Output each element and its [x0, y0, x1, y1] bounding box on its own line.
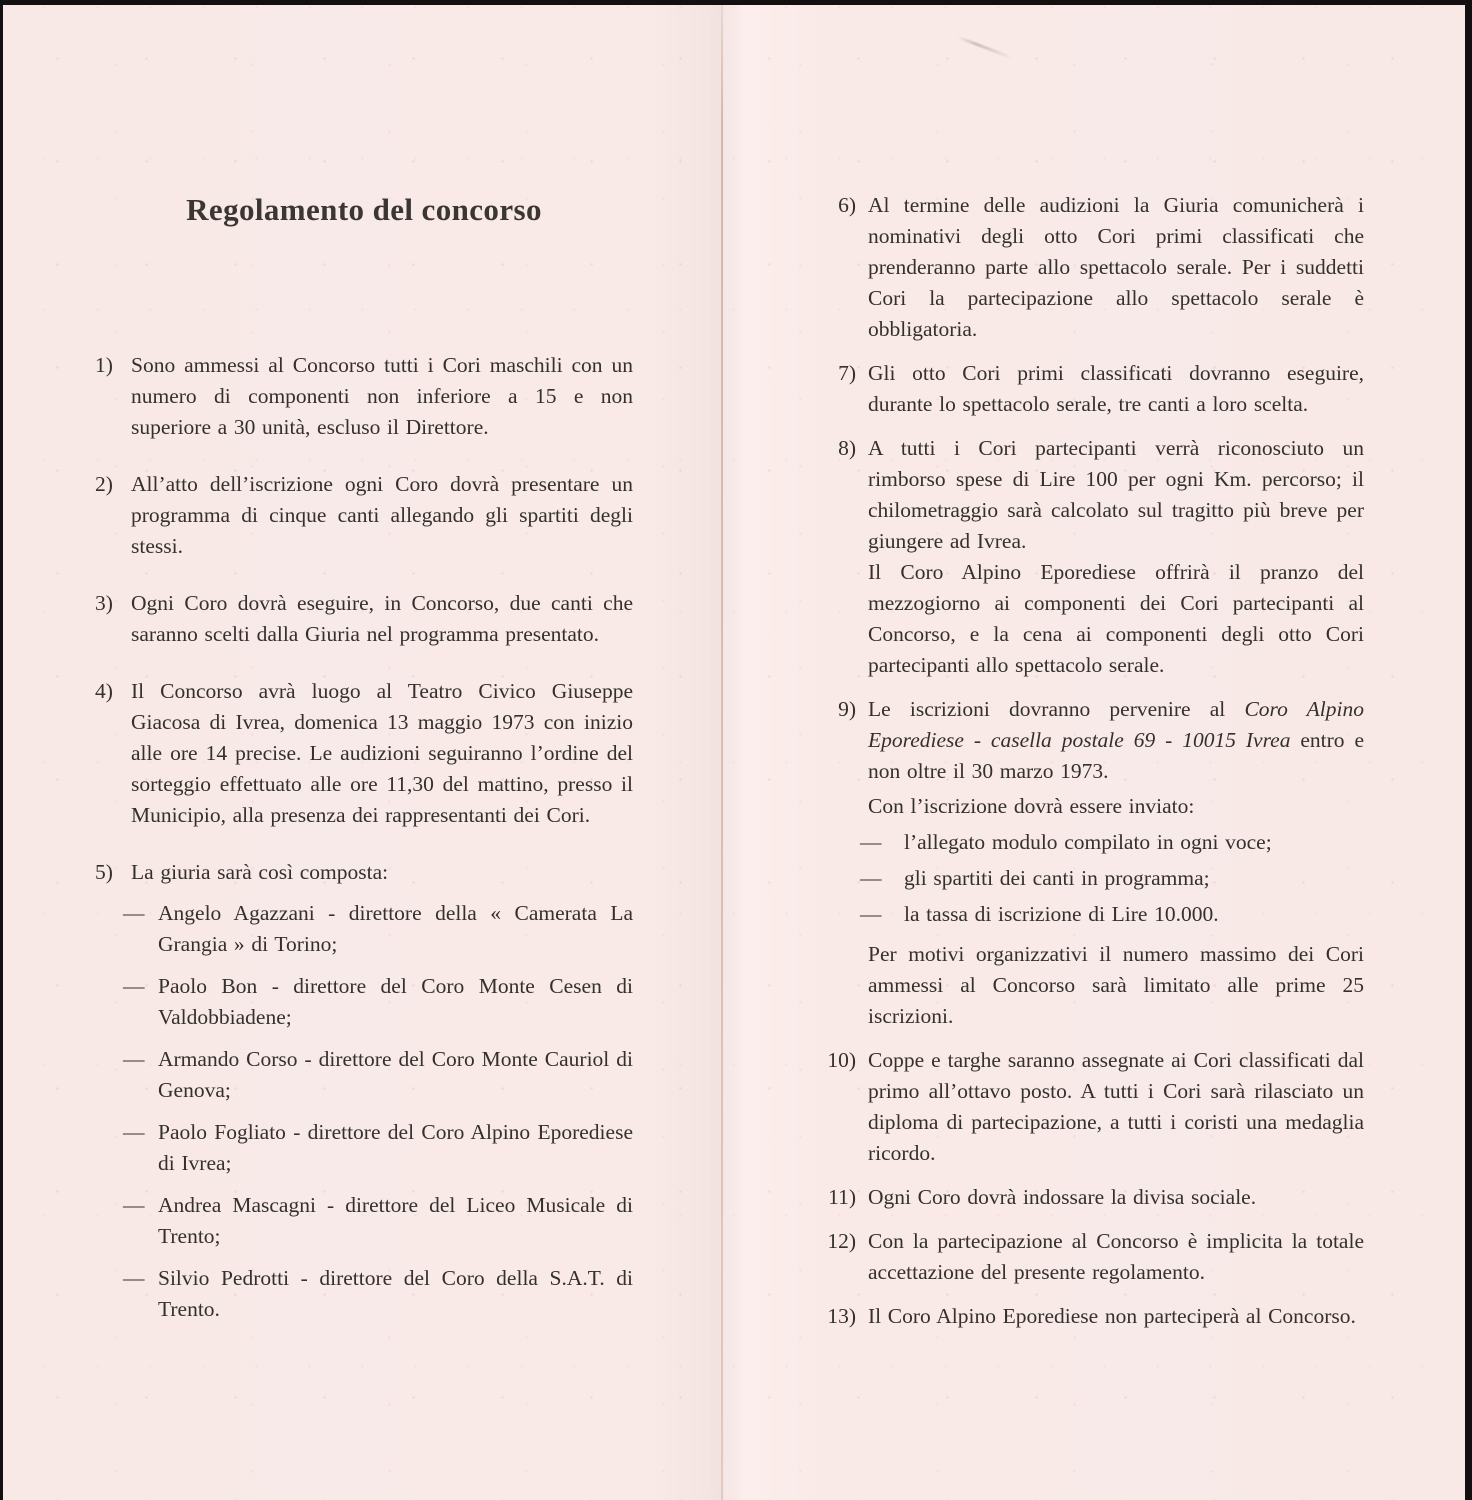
- jury-member: — Armando Corso - direttore del Coro Mon…: [95, 1044, 633, 1106]
- jury-member-text: Paolo Bon - direttore del Coro Monte Ces…: [158, 971, 633, 1033]
- scan-edge-right: [1465, 0, 1472, 1500]
- requirement-text: l’allegato modulo compilato in ogni voce…: [904, 827, 1364, 858]
- requirement-item: — la tassa di iscrizione di Lire 10.000.: [868, 899, 1364, 930]
- list-dash: —: [860, 899, 882, 930]
- rule-item-text: Al termine delle audizioni la Giuria com…: [868, 190, 1364, 345]
- rule-item-number: 9): [812, 694, 856, 725]
- rule-item-text: Con la partecipazione al Concorso è impl…: [868, 1226, 1364, 1288]
- rule-item-text: Gli otto Cori primi classificati dovrann…: [868, 358, 1364, 420]
- jury-member-text: Andrea Mascagni - direttore del Liceo Mu…: [158, 1190, 633, 1252]
- right-page-column: 6) Al termine delle audizioni la Giuria …: [812, 190, 1364, 1345]
- rule-item-6: 6) Al termine delle audizioni la Giuria …: [812, 190, 1364, 345]
- scan-edge-top: [0, 0, 1472, 5]
- rule-item-number: 5): [95, 857, 113, 888]
- scanned-booklet-page: Regolamento del concorso 1) Sono ammessi…: [0, 0, 1472, 1500]
- scan-edge-left: [0, 0, 3, 1500]
- rule-item-paragraph: Il Coro Alpino Eporediese offrirà il pra…: [868, 557, 1364, 681]
- rule-item-number: 3): [95, 588, 113, 619]
- jury-member: — Paolo Bon - direttore del Coro Monte C…: [95, 971, 633, 1033]
- requirement-text: gli spartiti dei canti in programma;: [904, 863, 1364, 894]
- list-dash: —: [123, 1044, 145, 1075]
- rule-item-text: Il Concorso avrà luogo al Teatro Civico …: [131, 676, 633, 831]
- paper-scratch-mark: [957, 36, 1012, 60]
- requirement-text: la tassa di iscrizione di Lire 10.000.: [904, 899, 1364, 930]
- requirement-item: — gli spartiti dei canti in programma;: [868, 863, 1364, 894]
- rule-item-intro: Le iscrizioni dovranno pervenire al Coro…: [868, 694, 1364, 787]
- jury-member-text: Armando Corso - direttore del Coro Monte…: [158, 1044, 633, 1106]
- rule-item-number: 13): [812, 1301, 856, 1332]
- rule-item-10: 10) Coppe e targhe saranno assegnate ai …: [812, 1045, 1364, 1169]
- list-dash: —: [123, 1190, 145, 1221]
- rule-item-paragraph: A tutti i Cori partecipanti verrà ricono…: [868, 433, 1364, 557]
- jury-member-text: Paolo Fogliato - direttore del Coro Alpi…: [158, 1117, 633, 1179]
- rule-item-3: 3) Ogni Coro dovrà eseguire, in Concorso…: [95, 588, 633, 650]
- jury-member-text: Silvio Pedrotti - direttore del Coro del…: [158, 1263, 633, 1325]
- list-dash: —: [123, 1117, 145, 1148]
- rule-item-number: 7): [812, 358, 856, 389]
- center-fold-line: [721, 5, 723, 1500]
- list-dash: —: [123, 1263, 145, 1294]
- enrollment-subheading: Con l’iscrizione dovrà essere inviato:: [868, 791, 1364, 822]
- rule-item-number: 6): [812, 190, 856, 221]
- rule-item-text: Il Coro Alpino Eporediese non parteciper…: [868, 1301, 1364, 1332]
- rule-item-number: 8): [812, 433, 856, 464]
- rule-item-text: La giuria sarà così composta:: [131, 857, 633, 888]
- jury-member: — Silvio Pedrotti - direttore del Coro d…: [95, 1263, 633, 1325]
- jury-list: — Angelo Agazzani - direttore della « Ca…: [95, 898, 633, 1325]
- rule-item-11: 11) Ogni Coro dovrà indossare la divisa …: [812, 1182, 1364, 1213]
- jury-member: — Paolo Fogliato - direttore del Coro Al…: [95, 1117, 633, 1179]
- rule-item-text: Sono ammessi al Concorso tutti i Cori ma…: [131, 350, 633, 443]
- rule-item-text: All’atto dell’iscrizione ogni Coro dovrà…: [131, 469, 633, 562]
- rule-item-12: 12) Con la partecipazione al Concorso è …: [812, 1226, 1364, 1288]
- jury-member: — Andrea Mascagni - direttore del Liceo …: [95, 1190, 633, 1252]
- organizational-note: Per motivi organizzativi il numero massi…: [868, 939, 1364, 1032]
- page-title: Regolamento del concorso: [95, 190, 633, 230]
- rule-item-1: 1) Sono ammessi al Concorso tutti i Cori…: [95, 350, 633, 443]
- rule-item-13: 13) Il Coro Alpino Eporediese non partec…: [812, 1301, 1364, 1332]
- left-page-column: Regolamento del concorso 1) Sono ammessi…: [95, 190, 633, 1336]
- rule-item-number: 12): [812, 1226, 856, 1257]
- rule-item-2: 2) All’atto dell’iscrizione ogni Coro do…: [95, 469, 633, 562]
- rule-item-5: 5) La giuria sarà così composta:: [95, 857, 633, 888]
- rule-item-number: 2): [95, 469, 113, 500]
- rule-item-4: 4) Il Concorso avrà luogo al Teatro Civi…: [95, 676, 633, 831]
- rule-item-number: 11): [812, 1182, 856, 1213]
- intro-pre: Le iscrizioni dovranno pervenire al: [868, 697, 1244, 721]
- rule-item-number: 4): [95, 676, 113, 707]
- rule-item-9: 9) Le iscrizioni dovranno pervenire al C…: [812, 694, 1364, 1032]
- rule-item-number: 10): [812, 1045, 856, 1076]
- jury-member: — Angelo Agazzani - direttore della « Ca…: [95, 898, 633, 960]
- jury-member-text: Angelo Agazzani - direttore della « Came…: [158, 898, 633, 960]
- list-dash: —: [123, 971, 145, 1002]
- requirement-item: — l’allegato modulo compilato in ogni vo…: [868, 827, 1364, 858]
- rule-item-text: Ogni Coro dovrà eseguire, in Concorso, d…: [131, 588, 633, 650]
- list-dash: —: [860, 863, 882, 894]
- rule-item-text: Ogni Coro dovrà indossare la divisa soci…: [868, 1182, 1364, 1213]
- rule-item-text: Coppe e targhe saranno assegnate ai Cori…: [868, 1045, 1364, 1169]
- list-dash: —: [123, 898, 145, 929]
- list-dash: —: [860, 827, 882, 858]
- rule-item-7: 7) Gli otto Cori primi classificati dovr…: [812, 358, 1364, 420]
- rule-item-number: 1): [95, 350, 113, 381]
- rule-item-8: 8) A tutti i Cori partecipanti verrà ric…: [812, 433, 1364, 681]
